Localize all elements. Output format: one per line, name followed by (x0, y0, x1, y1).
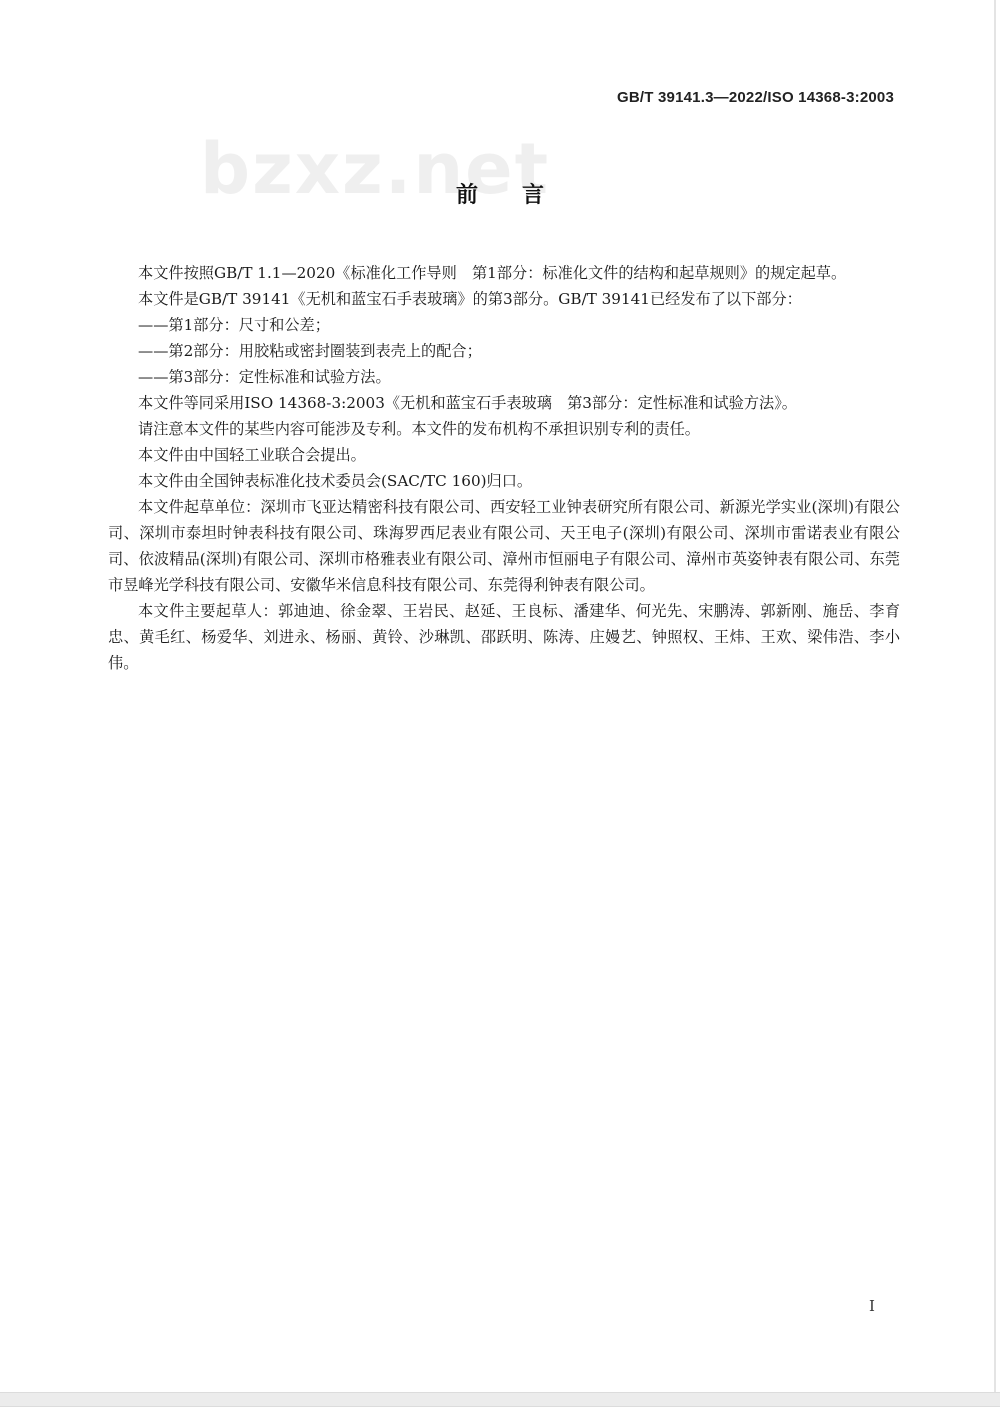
page-number: I (869, 1297, 875, 1315)
title-char-2: 言 (522, 183, 544, 208)
paragraph-drafting-organizations: 本文件起草单位：深圳市飞亚达精密科技有限公司、西安轻工业钟表研究所有限公司、新源… (108, 494, 900, 598)
paragraph-iso-equivalence: 本文件等同采用ISO 14368-3:2003《无机和蓝宝石手表玻璃 第3部分：… (108, 390, 900, 416)
paragraph-drafting-rules: 本文件按照GB/T 1.1—2020《标准化工作导则 第1部分：标准化文件的结构… (108, 260, 900, 286)
page-separator (0, 1392, 1000, 1407)
title-char-1: 前 (456, 183, 478, 208)
list-item-part-3: ——第3部分：定性标准和试验方法。 (108, 364, 900, 390)
paragraph-patent-notice: 请注意本文件的某些内容可能涉及专利。本文件的发布机构不承担识别专利的责任。 (108, 416, 900, 442)
page-title: 前言 (0, 178, 1000, 209)
paragraph-technical-committee: 本文件由全国钟表标准化技术委员会(SAC/TC 160)归口。 (108, 468, 900, 494)
paragraph-proposer: 本文件由中国轻工业联合会提出。 (108, 442, 900, 468)
paragraph-series-parts: 本文件是GB/T 39141《无机和蓝宝石手表玻璃》的第3部分。GB/T 391… (108, 286, 900, 312)
foreword-body: 本文件按照GB/T 1.1—2020《标准化工作导则 第1部分：标准化文件的结构… (108, 260, 900, 676)
list-item-part-1: ——第1部分：尺寸和公差； (108, 312, 900, 338)
document-page: GB/T 39141.3—2022/ISO 14368-3:2003 bzxz.… (0, 0, 996, 1392)
paragraph-drafters: 本文件主要起草人：郭迪迪、徐金翠、王岩民、赵延、王良标、潘建华、何光先、宋鹏涛、… (108, 598, 900, 676)
standard-code-header: GB/T 39141.3—2022/ISO 14368-3:2003 (617, 89, 894, 106)
list-item-part-2: ——第2部分：用胶粘或密封圈装到表壳上的配合； (108, 338, 900, 364)
